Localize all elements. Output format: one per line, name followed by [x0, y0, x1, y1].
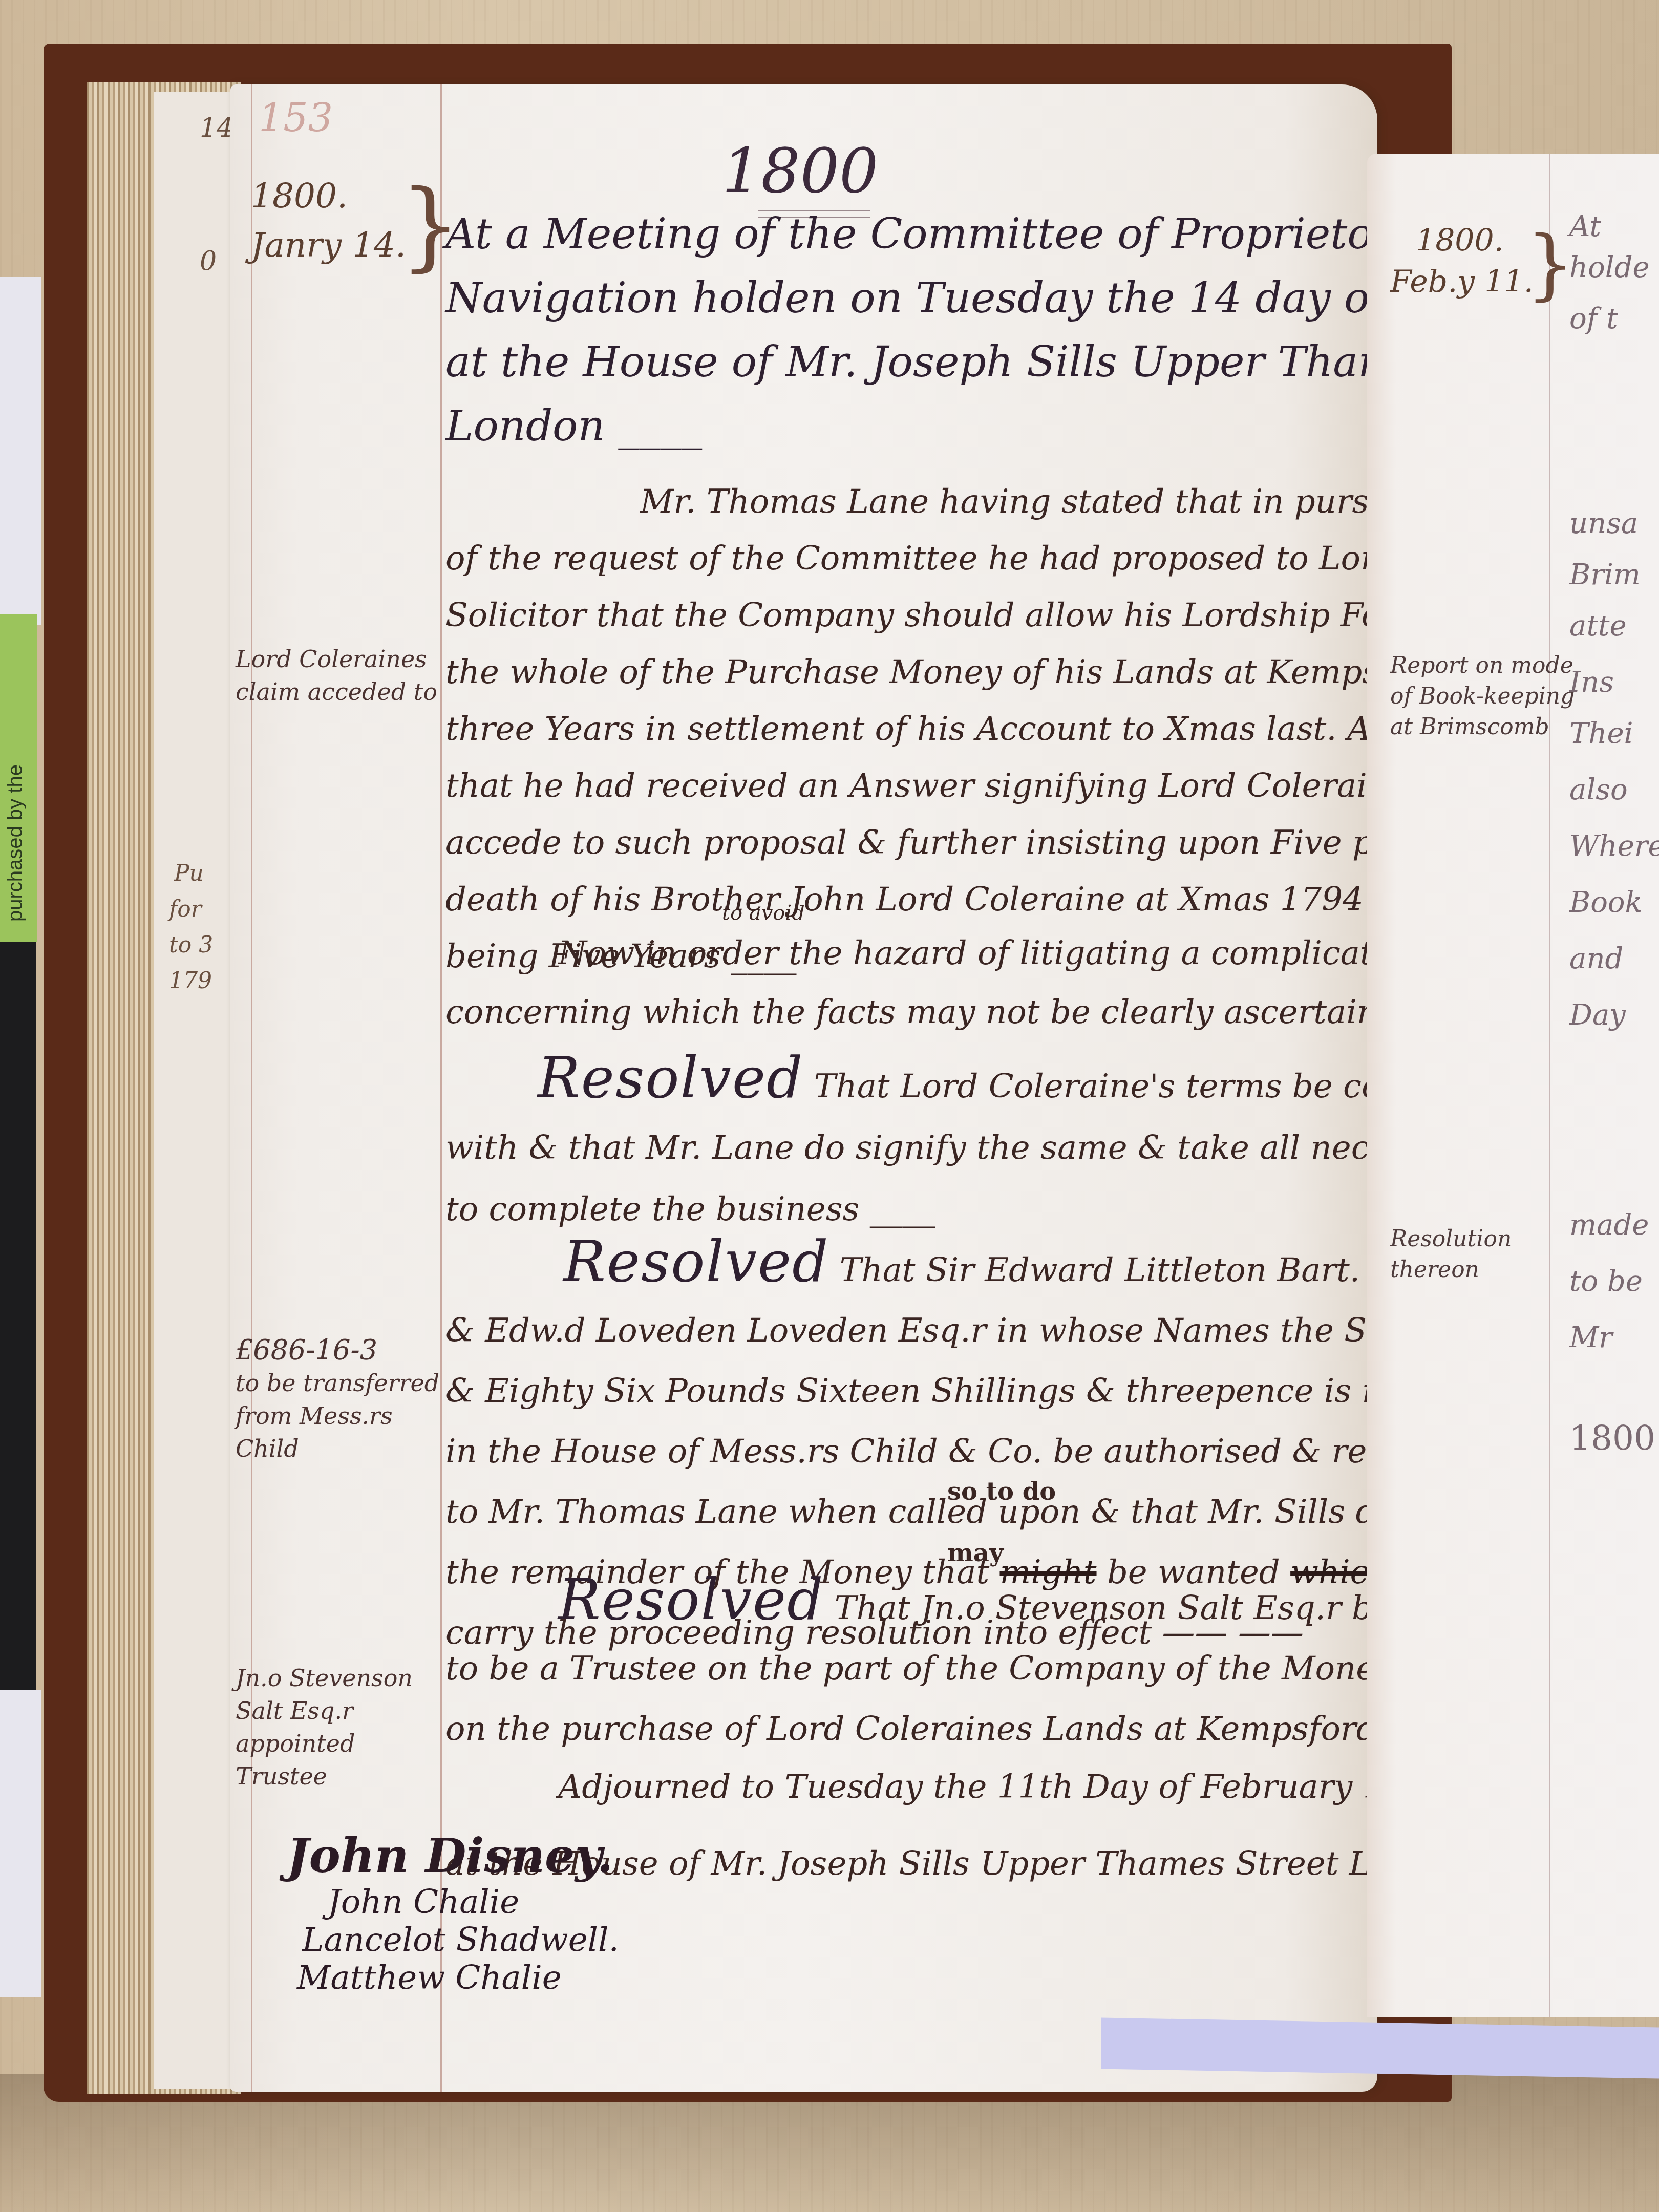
resolved-heading: Resolved — [558, 1567, 824, 1632]
paragraph-lane-statement: Mr. Thomas Lane having stated that in pu… — [445, 474, 1357, 985]
signatures: John Disney. John Chalie Lancelot Shadwe… — [287, 1828, 619, 1997]
margin-note-report: Report on mode of Book-keeping at Brimsc… — [1390, 650, 1575, 742]
right-margin-date: 1800. Feb.y 11. — [1390, 220, 1534, 302]
margin-note-money: £686-16-3 to be transferred from Mess.rs… — [236, 1334, 451, 1465]
margin-rule — [1549, 154, 1550, 2017]
signature: John Disney. — [287, 1828, 619, 1883]
resolved-heading: Resolved — [563, 1229, 829, 1294]
paragraph-litigation: Now in order the hazard of litigating a … — [445, 924, 1357, 1042]
desk-object — [0, 942, 36, 1710]
signature: John Chalie — [287, 1883, 619, 1921]
resolution-3: Resolved That Jn.o Stevenson Salt Esq.r … — [445, 1569, 1357, 1759]
desk-paper — [0, 276, 41, 625]
ledger-page-left: 153 1800 1800. Janry 14. } Lord Colerain… — [230, 84, 1377, 2092]
margin-note-trustee: Jn.o Stevenson Salt Esq.r appointed Trus… — [236, 1662, 451, 1793]
blue-sheet — [1101, 2017, 1659, 2078]
desk-paper-lower — [0, 1690, 41, 1997]
brace-icon: } — [1526, 220, 1575, 309]
signature: Lancelot Shadwell. — [287, 1921, 619, 1959]
green-sticker: purchased by the — [0, 614, 37, 942]
signature: Matthew Chalie — [287, 1959, 619, 1997]
resolution-1: Resolved That Lord Coleraine's terms be … — [445, 1047, 1357, 1240]
margin-note-claim: Lord Coleraines claim acceded to — [236, 643, 451, 708]
margin-note-resolution: Resolution thereon — [1390, 1224, 1512, 1285]
resolved-heading: Resolved — [538, 1045, 803, 1111]
ledger-page-right: 1800. Feb.y 11. } Report on mode of Book… — [1367, 154, 1659, 2017]
interlinear-may: may — [947, 1539, 1004, 1567]
year-heading: 1800 — [722, 136, 878, 207]
interlinear-so-to-do: so to do — [947, 1477, 1056, 1506]
page-number: 153 — [259, 95, 333, 140]
margin-date: 1800. Janry 14. — [251, 172, 406, 270]
meeting-heading: At a Meeting of the Committee of Proprie… — [445, 202, 1357, 458]
interlinear-insert: to avoid — [722, 901, 805, 925]
